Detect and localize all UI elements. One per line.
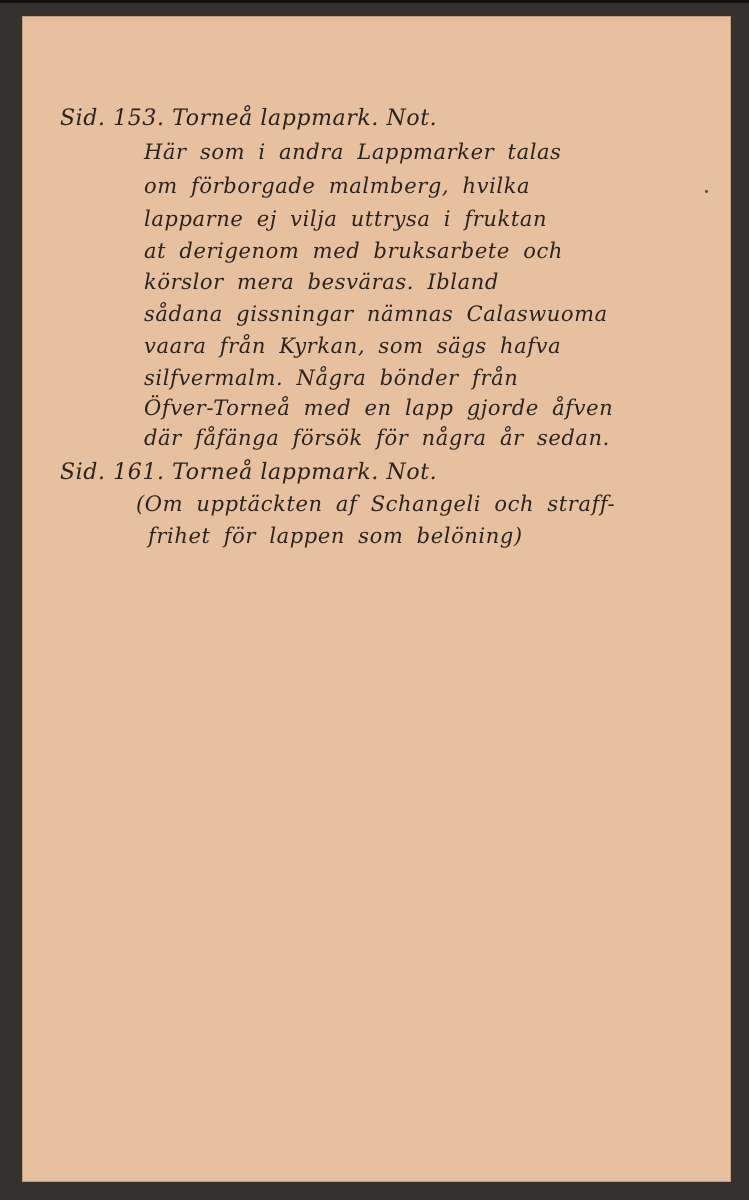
scan-top-edge (0, 0, 749, 3)
entry-line: silfvermalm. Några bönder från (144, 366, 518, 390)
entry-heading-sid-153: Sid. 153. Torneå lappmark. Not. (60, 106, 437, 131)
entry-line: vaara från Kyrkan, som sägs hafva (144, 334, 561, 358)
ink-speck (705, 190, 708, 193)
entry-line: sådana gissningar nämnas Calaswuoma (144, 302, 608, 326)
entry-line: där fåfänga försök för några år sedan. (144, 426, 610, 450)
entry-line: Här som i andra Lappmarker talas (144, 140, 562, 164)
entry-line: lapparne ej vilja uttrysa i fruktan (144, 207, 547, 231)
entry-line: körslor mera besväras. Ibland (144, 270, 499, 294)
entry-line: Öfver-Torneå med en lapp gjorde åfven (144, 396, 613, 420)
entry-line: (Om upptäckten af Schangeli och straff- (136, 492, 615, 516)
entry-line: om förborgade malmberg, hvilka (144, 174, 530, 198)
entry-line: frihet för lappen som belöning) (148, 524, 523, 548)
entry-heading-sid-161: Sid. 161. Torneå lappmark. Not. (60, 460, 437, 485)
entry-line: at derigenom med bruksarbete och (144, 239, 563, 263)
